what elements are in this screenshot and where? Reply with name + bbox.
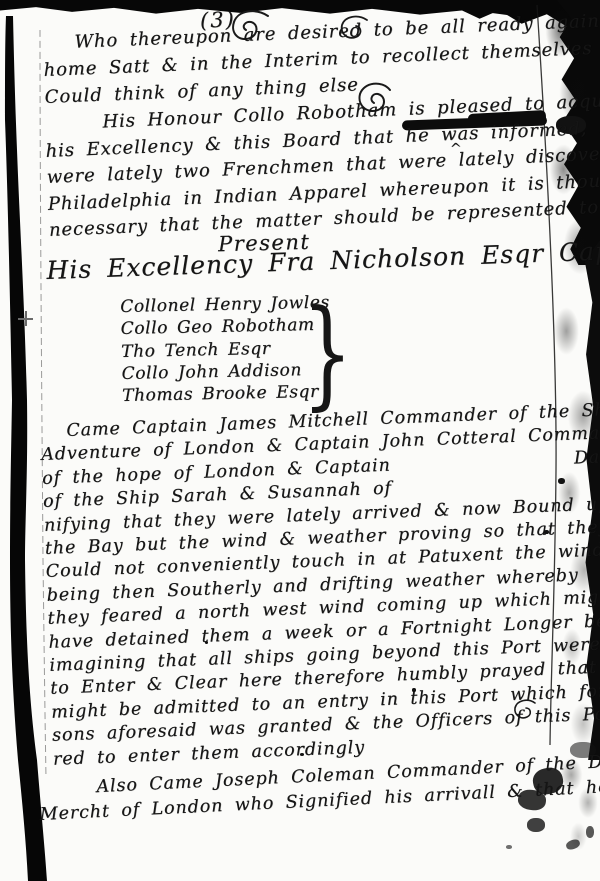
paragraph-ship-captains: Came Captain James Mitchell Commander of… — [40, 394, 600, 771]
attendee-list-group: Collonel Henry JowlesCollo Geo RobothamT… — [120, 296, 330, 407]
attendee-list: Collonel Henry JowlesCollo Geo RobothamT… — [120, 292, 332, 408]
text-line: Thomas Brooke Esqr — [122, 381, 332, 408]
margin-cross-mark — [25, 311, 27, 326]
paragraph-robotham-report: His Honour Collo Robotham is pleased to … — [44, 84, 600, 244]
ink-speck — [586, 826, 594, 838]
ink-blot — [527, 818, 545, 832]
manuscript-page: ^ (3) Who thereupon are desired to be al… — [0, 0, 600, 881]
grouping-brace: } — [302, 284, 353, 422]
text-line: Collo Geo Robotham — [120, 314, 330, 341]
ink-speck — [506, 845, 512, 849]
